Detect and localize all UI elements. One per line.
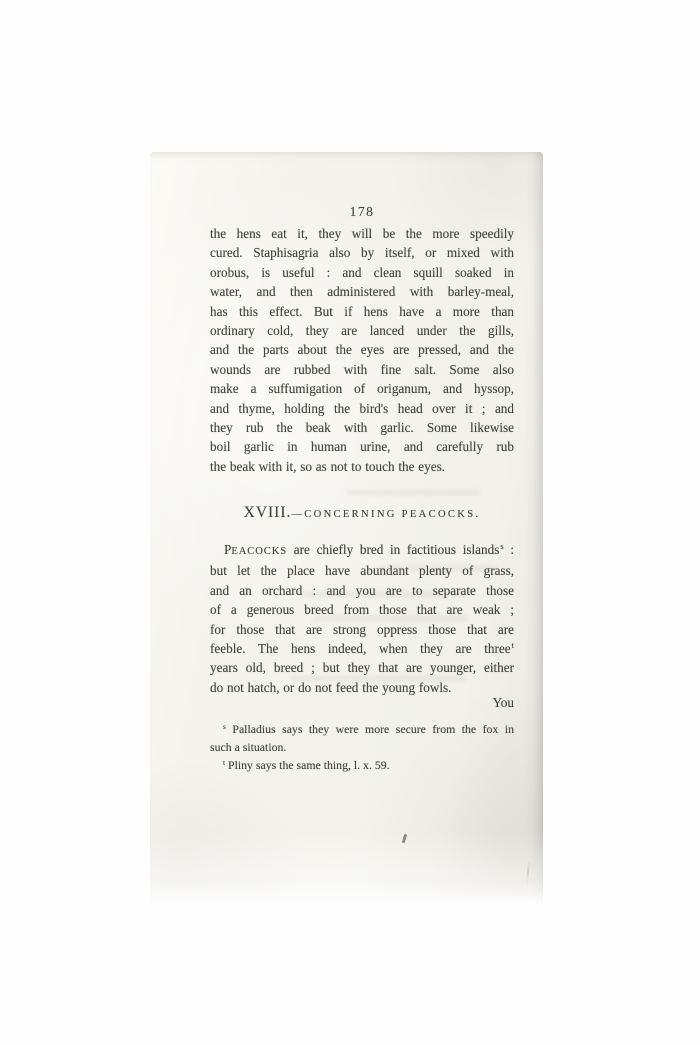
section-heading: XVIII.—CONCERNING PEACOCKS. [198,504,526,522]
text-line: water, and then administered with barley… [210,282,514,301]
text-line: feeble. The hens indeed, when they are t… [210,639,514,658]
catchword: You [210,693,514,712]
text-line: has this effect. But if hens have a more… [210,302,514,321]
text-line: s Palladius says they were more secure f… [210,721,514,739]
text-line: boil garlic in human urine, and carefull… [210,437,514,456]
book-page: 178 the hens eat it, they will be the mo… [150,152,543,905]
text-line: t Pliny says the same thing, l. x. 59. [210,757,514,775]
text-line: orobus, is useful : and clean squill soa… [210,263,514,282]
show-through-smudge [346,490,480,495]
ink-fleck [402,834,407,843]
text-line: they rub the beak with garlic. Some like… [210,418,514,437]
show-through-smudge [302,592,470,597]
text-line: the hens eat it, they will be the more s… [210,224,514,243]
text-line: and thyme, holding the bird's head over … [210,399,514,418]
footnote-marker: s [500,541,503,551]
show-through-smudge [312,616,468,621]
scan-background: 178 the hens eat it, they will be the mo… [0,0,700,1045]
section-number: XVIII. [244,504,292,521]
show-through-smudge [290,676,466,681]
text-line: wounds are rubbed with fine salt. Some a… [210,360,514,379]
page-number: 178 [210,204,514,220]
show-through-smudge [378,566,496,571]
text-line: cured. Staphisagria also by itself, or m… [210,243,514,262]
section-title: —CONCERNING PEACOCKS. [291,509,480,520]
text-line: years old, breed ; but they that are you… [210,658,514,677]
text-line: Peacocks are chiefly bred in factitious … [210,540,514,561]
text-line: for those that are strong oppress those … [210,620,514,639]
scratch-mark [526,860,530,886]
footnote-marker: s [223,722,226,731]
footnote-pliny: t Pliny says the same thing, l. x. 59. [210,757,514,775]
text-line: but let the place have abundant plenty o… [210,561,514,580]
text-line: and the parts about the eyes are pressed… [210,340,514,359]
text-line: the beak with it, so as not to touch the… [210,457,514,476]
footnote-palladius: s Palladius says they were more secure f… [210,721,514,756]
text-line: make a suffumigation of origanum, and hy… [210,379,514,398]
footnote-marker: t [223,758,225,767]
paragraph-hens-remedies: the hens eat it, they will be the more s… [210,224,514,476]
footnote-marker: t [512,640,514,650]
text-line: such a situation. [210,739,514,757]
text-line: and an orchard : and you are to separate… [210,581,514,600]
text-line: ordinary cold, they are lanced under the… [210,321,514,340]
small-caps-text: eacocks [231,546,287,557]
